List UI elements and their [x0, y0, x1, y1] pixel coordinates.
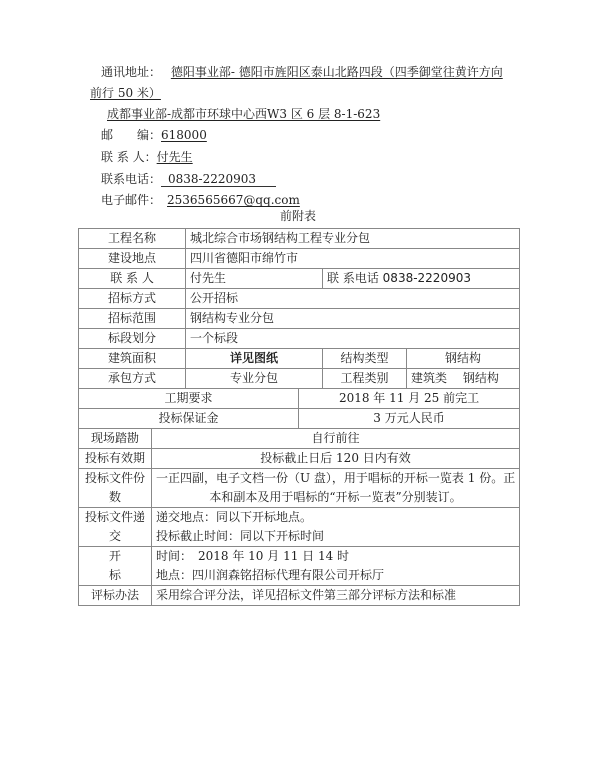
- label-submission-2: 交: [83, 527, 147, 546]
- label-submission-1: 投标文件递: [83, 508, 147, 527]
- value-category: 建筑类 钢结构: [407, 369, 520, 389]
- postcode-value: 618000: [161, 128, 207, 142]
- label-opening: 开标: [79, 547, 152, 586]
- row-deposit: 投标保证金 3 万元人民币: [79, 409, 520, 429]
- label-category: 工程类别: [323, 369, 407, 389]
- row-submission: 投标文件递交 递交地点：同以下开标地点。投标截止时间：同以下开标时间: [79, 508, 520, 547]
- contact-phone-label: 联 系电话: [327, 271, 379, 285]
- label-site-visit: 现场踏勘: [79, 429, 152, 449]
- value-copies: 一正四副，电子文档一份（U 盘），用于唱标的开标一览表 1 份。正本和副本及用于…: [152, 469, 520, 508]
- label-structure-type: 结构类型: [323, 349, 407, 369]
- row-copies: 投标文件份数 一正四副，电子文档一份（U 盘），用于唱标的开标一览表 1 份。正…: [79, 469, 520, 508]
- person-value: 付先生: [157, 150, 193, 164]
- label-duration: 工期要求: [79, 389, 299, 409]
- value-duration: 2018 年 11 月 25 前完工: [299, 389, 520, 409]
- email-line: 电子邮件：2536565667@qq.com: [101, 192, 300, 208]
- value-deposit: 3 万元人民币: [299, 409, 520, 429]
- label-sections: 标段划分: [79, 329, 186, 349]
- row-contract: 承包方式 专业分包 工程类别 建筑类 钢结构: [79, 369, 520, 389]
- value-opening-2: 地点：四川润森铭招标代理有限公司开标厅: [156, 566, 515, 585]
- value-sections: 一个标段: [186, 329, 520, 349]
- value-contact-phone: 联 系电话 0838-2220903: [323, 269, 520, 289]
- value-submission: 递交地点：同以下开标地点。投标截止时间：同以下开标时间: [152, 508, 520, 547]
- email-label: 电子邮件：: [101, 193, 161, 207]
- phone-value: 0838-2220903: [161, 172, 276, 187]
- label-submission: 投标文件递交: [79, 508, 152, 547]
- address-line-3: 成都事业部-成都市环球中心西W3 区 6 层 8-1-623: [101, 106, 380, 122]
- label-tender-method: 招标方式: [79, 289, 186, 309]
- value-project-name: 城北综合市场钢结构工程专业分包: [186, 229, 520, 249]
- row-validity: 投标有效期 投标截止日后 120 日内有效: [79, 449, 520, 469]
- row-tender-scope: 招标范围 钢结构专业分包: [79, 309, 520, 329]
- address-label: 通讯地址：: [101, 65, 161, 79]
- label-contact: 联 系 人: [79, 269, 186, 289]
- address-value-1: 德阳事业部- 德阳市旌阳区泰山北路四段（四季御堂往黄许方向: [165, 65, 503, 79]
- value-contract: 专业分包: [186, 369, 323, 389]
- value-opening-1: 时间： 2018 年 10 月 11 日 14 时: [156, 547, 515, 566]
- address-value-3: 成都事业部-成都市环球中心西W3 区 6 层 8-1-623: [101, 107, 380, 121]
- label-copies-1: 投标文件份: [83, 469, 147, 488]
- label-opening-2: 标: [83, 566, 147, 585]
- label-opening-1: 开: [83, 547, 147, 566]
- value-opening: 时间： 2018 年 10 月 11 日 14 时地点：四川润森铭招标代理有限公…: [152, 547, 520, 586]
- phone-line: 联系电话：0838-2220903: [101, 171, 276, 187]
- label-copies: 投标文件份数: [79, 469, 152, 508]
- label-location: 建设地点: [79, 249, 186, 269]
- label-copies-2: 数: [83, 488, 147, 507]
- value-copies-1: 一正四副，电子文档一份（U 盘），用于唱标的开标一览表 1 份。正: [156, 469, 515, 488]
- row-project-name: 工程名称 城北综合市场钢结构工程专业分包: [79, 229, 520, 249]
- person-label: 联 系 人：: [101, 150, 157, 164]
- email-value: 2536565667@qq.com: [161, 193, 300, 207]
- postcode-line: 邮 编：618000: [101, 127, 207, 143]
- row-evaluation: 评标办法 采用综合评分法，详见招标文件第三部分评标方法和标准: [79, 586, 520, 606]
- value-structure-type: 钢结构: [407, 349, 520, 369]
- value-copies-2: 本和副本及用于唱标的“开标一览表”分别装订。: [156, 488, 515, 507]
- value-tender-method: 公开招标: [186, 289, 520, 309]
- tender-table: 工程名称 城北综合市场钢结构工程专业分包 建设地点 四川省德阳市绵竹市 联 系 …: [78, 228, 520, 606]
- value-submission-1: 递交地点：同以下开标地点。: [156, 508, 515, 527]
- row-location: 建设地点 四川省德阳市绵竹市: [79, 249, 520, 269]
- person-line: 联 系 人：付先生: [101, 149, 193, 165]
- label-deposit: 投标保证金: [79, 409, 299, 429]
- row-tender-method: 招标方式 公开招标: [79, 289, 520, 309]
- value-area: 详见图纸: [186, 349, 323, 369]
- label-tender-scope: 招标范围: [79, 309, 186, 329]
- value-validity: 投标截止日后 120 日内有效: [152, 449, 520, 469]
- row-site-visit: 现场踏勘 自行前往: [79, 429, 520, 449]
- label-project-name: 工程名称: [79, 229, 186, 249]
- row-contact: 联 系 人 付先生 联 系电话 0838-2220903: [79, 269, 520, 289]
- address-line-1: 通讯地址： 德阳事业部- 德阳市旌阳区泰山北路四段（四季御堂往黄许方向: [101, 64, 503, 80]
- table-caption: 前附表: [0, 207, 596, 224]
- value-site-visit: 自行前往: [152, 429, 520, 449]
- value-evaluation: 采用综合评分法，详见招标文件第三部分评标方法和标准: [152, 586, 520, 606]
- contact-phone: 0838-2220903: [383, 271, 471, 285]
- address-line-2: 前行 50 米）: [90, 85, 161, 101]
- row-opening: 开标 时间： 2018 年 10 月 11 日 14 时地点：四川润森铭招标代理…: [79, 547, 520, 586]
- value-location: 四川省德阳市绵竹市: [186, 249, 520, 269]
- postcode-label: 邮 编：: [101, 128, 161, 142]
- row-sections: 标段划分 一个标段: [79, 329, 520, 349]
- phone-label: 联系电话：: [101, 172, 161, 186]
- label-evaluation: 评标办法: [79, 586, 152, 606]
- address-value-2: 前行 50 米）: [90, 86, 161, 100]
- row-duration: 工期要求 2018 年 11 月 25 前完工: [79, 389, 520, 409]
- value-contact: 付先生: [186, 269, 323, 289]
- label-validity: 投标有效期: [79, 449, 152, 469]
- value-tender-scope: 钢结构专业分包: [186, 309, 520, 329]
- label-contract: 承包方式: [79, 369, 186, 389]
- value-submission-2: 投标截止时间：同以下开标时间: [156, 527, 515, 546]
- row-area: 建筑面积 详见图纸 结构类型 钢结构: [79, 349, 520, 369]
- label-area: 建筑面积: [79, 349, 186, 369]
